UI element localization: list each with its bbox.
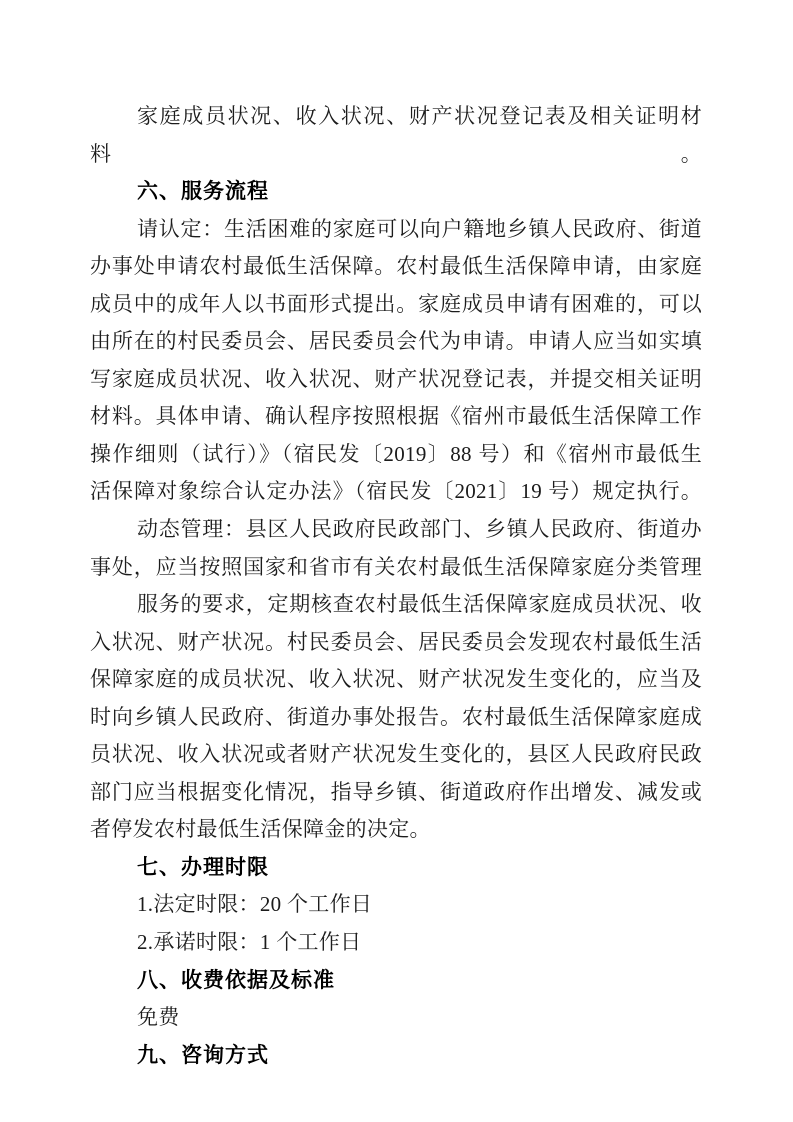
text-line: 材料。具体申请、确认程序按照根据《宿州市最低生活保障工作 bbox=[90, 398, 702, 436]
text-line: 动态管理：县区人民政府民政部门、乡镇人民政府、街道办 bbox=[90, 511, 702, 549]
text-line: 入状况、财产状况。村民委员会、居民委员会发现农村最低生活 bbox=[90, 624, 702, 662]
text-line: 部门应当根据变化情况，指导乡镇、街道政府作出增发、减发或 bbox=[90, 774, 702, 812]
text-line: 办事处申请农村最低生活保障。农村最低生活保障申请，由家庭 bbox=[90, 248, 702, 286]
section-heading: 七、办理时限 bbox=[90, 849, 702, 887]
section-heading: 九、咨询方式 bbox=[90, 1037, 702, 1075]
text-line: 请认定：生活困难的家庭可以向户籍地乡镇人民政府、街道 bbox=[90, 211, 702, 249]
text-line: 者停发农村最低生活保障金的决定。 bbox=[90, 811, 702, 849]
text-line: 写家庭成员状况、收入状况、财产状况登记表，并提交相关证明 bbox=[90, 361, 702, 399]
text-line: 活保障对象综合认定办法》（宿民发〔2021〕19 号）规定执行。 bbox=[90, 473, 702, 511]
text-line: 由所在的村民委员会、居民委员会代为申请。申请人应当如实填 bbox=[90, 323, 702, 361]
text-line: 员状况、收入状况或者财产状况发生变化的，县区人民政府民政 bbox=[90, 736, 702, 774]
text-line: 时向乡镇人民政府、街道办事处报告。农村最低生活保障家庭成 bbox=[90, 699, 702, 737]
document-content: 家庭成员状况、收入状况、财产状况登记表及相关证明材料。六、服务流程请认定：生活困… bbox=[90, 98, 702, 1074]
text-line: 2.承诺时限：1 个工作日 bbox=[90, 924, 702, 962]
section-heading: 八、收费依据及标准 bbox=[90, 962, 702, 1000]
text-line: 事处，应当按照国家和省市有关农村最低生活保障家庭分类管理 bbox=[90, 549, 702, 587]
text-line: 1.法定时限：20 个工作日 bbox=[90, 886, 702, 924]
text-line: 家庭成员状况、收入状况、财产状况登记表及相关证明材料。 bbox=[90, 98, 702, 173]
text-line: 保障家庭的成员状况、收入状况、财产状况发生变化的，应当及 bbox=[90, 661, 702, 699]
text-line: 服务的要求，定期核查农村最低生活保障家庭成员状况、收 bbox=[90, 586, 702, 624]
section-heading: 六、服务流程 bbox=[90, 173, 702, 211]
text-line: 成员中的成年人以书面形式提出。家庭成员申请有困难的，可以 bbox=[90, 286, 702, 324]
text-line: 免费 bbox=[90, 999, 702, 1037]
document-page: 家庭成员状况、收入状况、财产状况登记表及相关证明材料。六、服务流程请认定：生活困… bbox=[0, 0, 793, 1122]
text-line: 操作细则（试行）》（宿民发〔2019〕88 号）和《宿州市最低生 bbox=[90, 436, 702, 474]
